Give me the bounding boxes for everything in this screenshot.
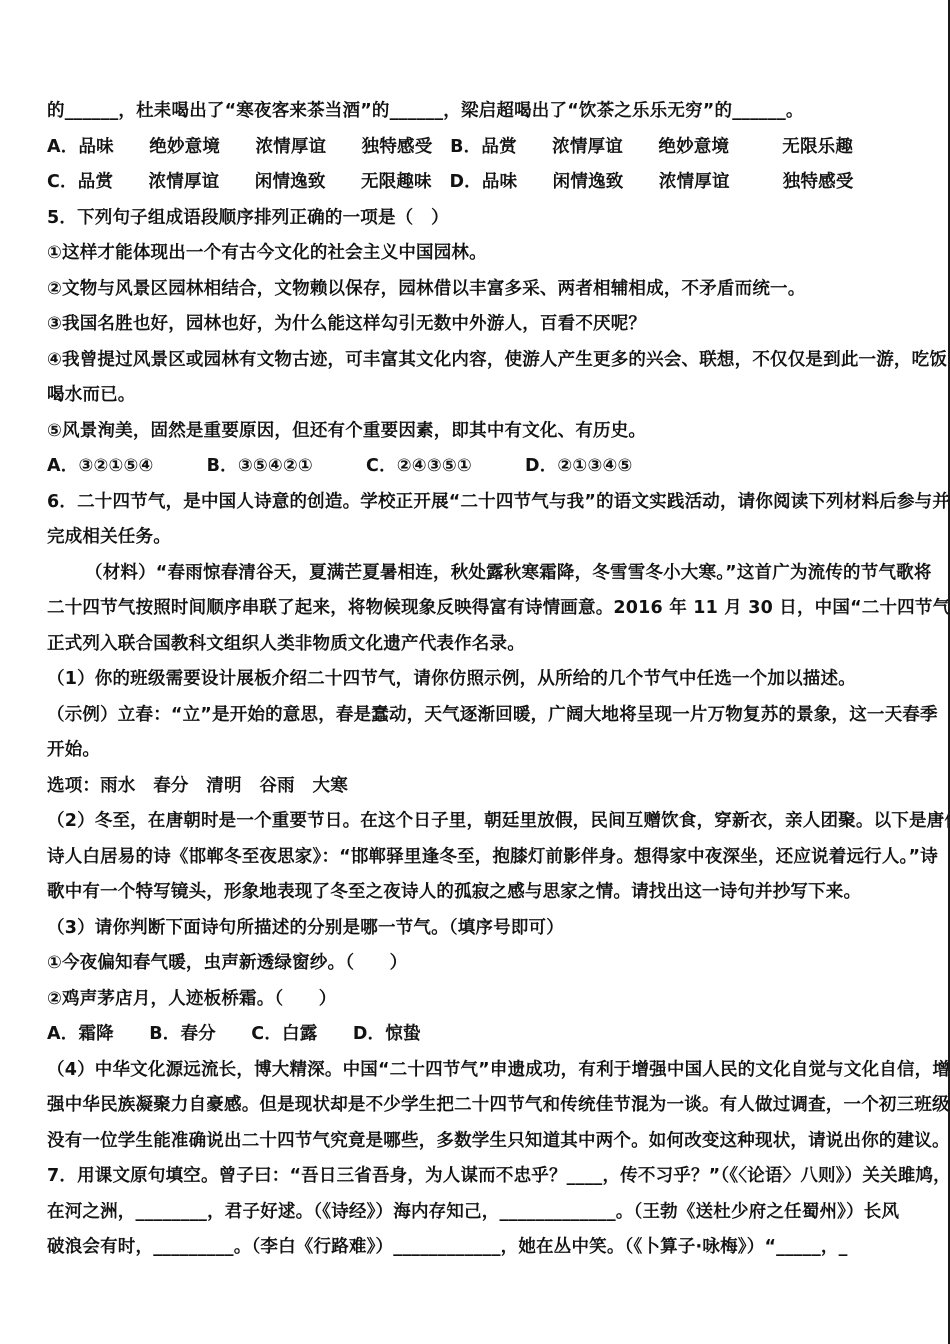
- exam-text-block: 的______，杜耒喝出了“寒夜客来茶当酒”的______，梁启超喝出了“饮茶之…: [47, 94, 942, 1266]
- question6-part1-example-cont: 开始。: [47, 733, 942, 769]
- question6-part2: （2）冬至，在唐朝时是一个重要节日。在这个日子里，朝廷里放假，民间互赠饮食，穿新…: [47, 804, 942, 840]
- question6-stem: 6．二十四节气，是中国人诗意的创造。学校正开展“二十四节气与我”的语文实践活动，…: [47, 485, 942, 521]
- question7-blanks-2: 破浪会有时，_________。（李白《行路难》）____________，她在…: [47, 1230, 942, 1266]
- question6-part2-continued-1: 诗人白居易的诗《邯郸冬至夜思家》：“邯郸驿里逢冬至，抱膝灯前影伴身。想得家中夜深…: [47, 840, 942, 876]
- question6-part4-continued-1: 强中华民族凝聚力自豪感。但是现状却是不少学生把二十四节气和传统佳节混为一谈。有人…: [47, 1088, 942, 1124]
- question6-part1-choices: 选项：雨水 春分 清明 谷雨 大寒: [47, 769, 942, 805]
- question6-material-continued-2: 正式列入联合国教科文组织人类非物质文化遗产代表作名录。: [47, 627, 942, 663]
- question6-material: （材料）“春雨惊春清谷天，夏满芒夏暑相连，秋处露秋寒霜降，冬雪雪冬小大寒。”这首…: [47, 556, 942, 592]
- question6-part4-continued-2: 没有一位学生能准确说出二十四节气究竟是哪些，多数学生只知道其中两个。如何改变这种…: [47, 1124, 942, 1160]
- question5-sentence-4-continued: 喝水而已。: [47, 378, 942, 414]
- question6-stem-continued: 完成相关任务。: [47, 520, 942, 556]
- question5-sentence-3: ③我国名胜也好，园林也好，为什么能这样勾引无数中外游人，百看不厌呢？: [47, 307, 942, 343]
- question5-options: A．③②①⑤④ B．③⑤④②① C．②④③⑤① D．②①③④⑤: [47, 449, 942, 485]
- question7-blanks-1: 在河之洲，________，君子好逑。（《诗经》）海内存知己，_________…: [47, 1195, 942, 1231]
- question5-sentence-5: ⑤风景洵美，固然是重要原因，但还有个重要因素，即其中有文化、有历史。: [47, 414, 942, 450]
- question6-part1-example: （示例）立春：“立”是开始的意思，春是蠢动，天气逐渐回暖，广阔大地将呈现一片万物…: [47, 698, 942, 734]
- question6-part2-continued-2: 歌中有一个特写镜头，形象地表现了冬至之夜诗人的孤寂之感与思家之情。请找出这一诗句…: [47, 875, 942, 911]
- question6-part3-verse-2: ②鸡声茅店月，人迹板桥霜。（ ）: [47, 982, 942, 1018]
- question4-stem-continued: 的______，杜耒喝出了“寒夜客来茶当酒”的______，梁启超喝出了“饮茶之…: [47, 94, 942, 130]
- question5-stem: 5．下列句子组成语段顺序排列正确的一项是（ ）: [47, 201, 942, 237]
- question6-part1: （1）你的班级需要设计展板介绍二十四节气，请你仿照示例，从所给的几个节气中任选一…: [47, 662, 942, 698]
- question4-options-cd: C．品赏 浓情厚谊 闲情逸致 无限趣味 D．品味 闲情逸致 浓情厚谊 独特感受: [47, 165, 942, 201]
- question5-sentence-4: ④我曾提过风景区或园林有文物古迹，可丰富其文化内容，使游人产生更多的兴会、联想，…: [47, 343, 942, 379]
- question6-part4: （4）中华文化源远流长，博大精深。中国“二十四节气”申遗成功，有利于增强中国人民…: [47, 1053, 942, 1089]
- question4-options-ab: A．品味 绝妙意境 浓情厚谊 独特感受 B．品赏 浓情厚谊 绝妙意境 无限乐趣: [47, 130, 942, 166]
- question5-sentence-2: ②文物与风景区园林相结合，文物赖以保存，园林借以丰富多采、两者相辅相成，不矛盾而…: [47, 272, 942, 308]
- question6-part3-verse-1: ①今夜偏知春气暖，虫声新透绿窗纱。（ ）: [47, 946, 942, 982]
- exam-paper-page: 的______，杜耒喝出了“寒夜客来茶当酒”的______，梁启超喝出了“饮茶之…: [0, 0, 950, 1344]
- question7-stem: 7．用课文原句填空。曾子曰：“吾日三省吾身，为人谋而不忠乎？____，传不习乎？…: [47, 1159, 942, 1195]
- question5-sentence-1: ①这样才能体现出一个有古今文化的社会主义中国园林。: [47, 236, 942, 272]
- question6-part3-options: A．霜降 B．春分 C．白露 D．惊蛰: [47, 1017, 942, 1053]
- question6-part3: （3）请你判断下面诗句所描述的分别是哪一节气。（填序号即可）: [47, 911, 942, 947]
- question6-material-continued-1: 二十四节气按照时间顺序串联了起来，将物候现象反映得富有诗情画意。2016 年 1…: [47, 591, 942, 627]
